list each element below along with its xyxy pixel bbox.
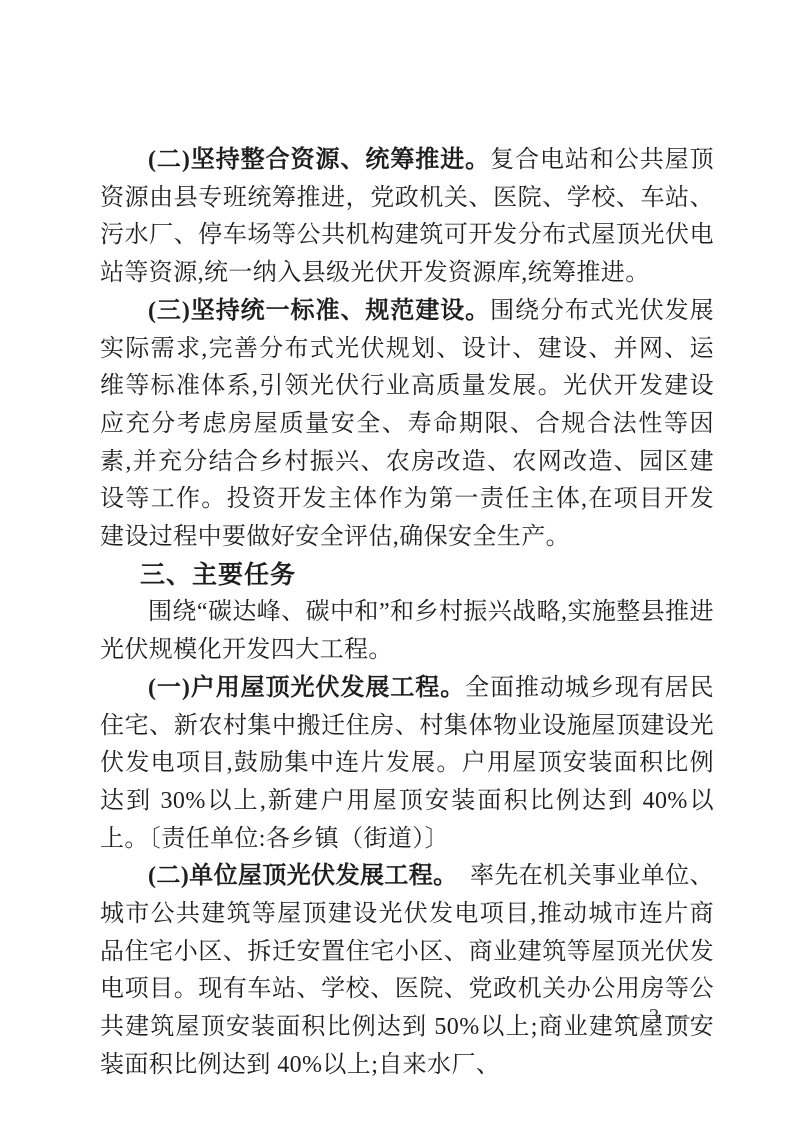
document-body: (二)坚持整合资源、统筹推进。复合电站和公共屋顶资源由县专班统筹推进，党政机关、… bbox=[100, 142, 714, 1085]
document-page: (二)坚持整合资源、统筹推进。复合电站和公共屋顶资源由县专班统筹推进，党政机关、… bbox=[0, 0, 800, 1131]
paragraph: 围绕“碳达峰、碳中和”和乡村振兴战略,实施整县推进光伏规模化开发四大工程。 bbox=[100, 594, 714, 669]
paragraph-lead: (一)户用屋顶光伏发展工程。 bbox=[148, 675, 465, 701]
paragraph-text: 率先在机关事业单位、城市公共建筑等屋顶建设光伏发电项目,推动城市连片商品住宅小区… bbox=[100, 863, 714, 1078]
page-number: — 3 — bbox=[600, 1004, 710, 1029]
section-heading: 三、主要任务 bbox=[100, 557, 714, 595]
paragraph-lead: (二)单位屋顶光伏发展工程。 bbox=[148, 863, 446, 889]
paragraph-lead: (二)坚持整合资源、统筹推进。 bbox=[148, 147, 490, 173]
paragraph: (三)坚持统一标准、规范建设。围绕分布式光伏发展实际需求,完善分布式光伏规划、设… bbox=[100, 293, 714, 557]
paragraph: (一)户用屋顶光伏发展工程。全面推动城乡现有居民住宅、新农村集中搬迁住房、村集体… bbox=[100, 670, 714, 859]
paragraph: (二)单位屋顶光伏发展工程。 率先在机关事业单位、城市公共建筑等屋顶建设光伏发电… bbox=[100, 858, 714, 1084]
paragraph: (二)坚持整合资源、统筹推进。复合电站和公共屋顶资源由县专班统筹推进，党政机关、… bbox=[100, 142, 714, 293]
paragraph-text: 围绕分布式光伏发展实际需求,完善分布式光伏规划、设计、建设、并网、运维等标准体系… bbox=[100, 298, 714, 550]
paragraph-text: 围绕“碳达峰、碳中和”和乡村振兴战略,实施整县推进光伏规模化开发四大工程。 bbox=[100, 599, 714, 663]
paragraph-lead: (三)坚持统一标准、规范建设。 bbox=[148, 298, 490, 324]
paragraph-text: 全面推动城乡现有居民住宅、新农村集中搬迁住房、村集体物业设施屋顶建设光伏发电项目… bbox=[100, 675, 714, 852]
